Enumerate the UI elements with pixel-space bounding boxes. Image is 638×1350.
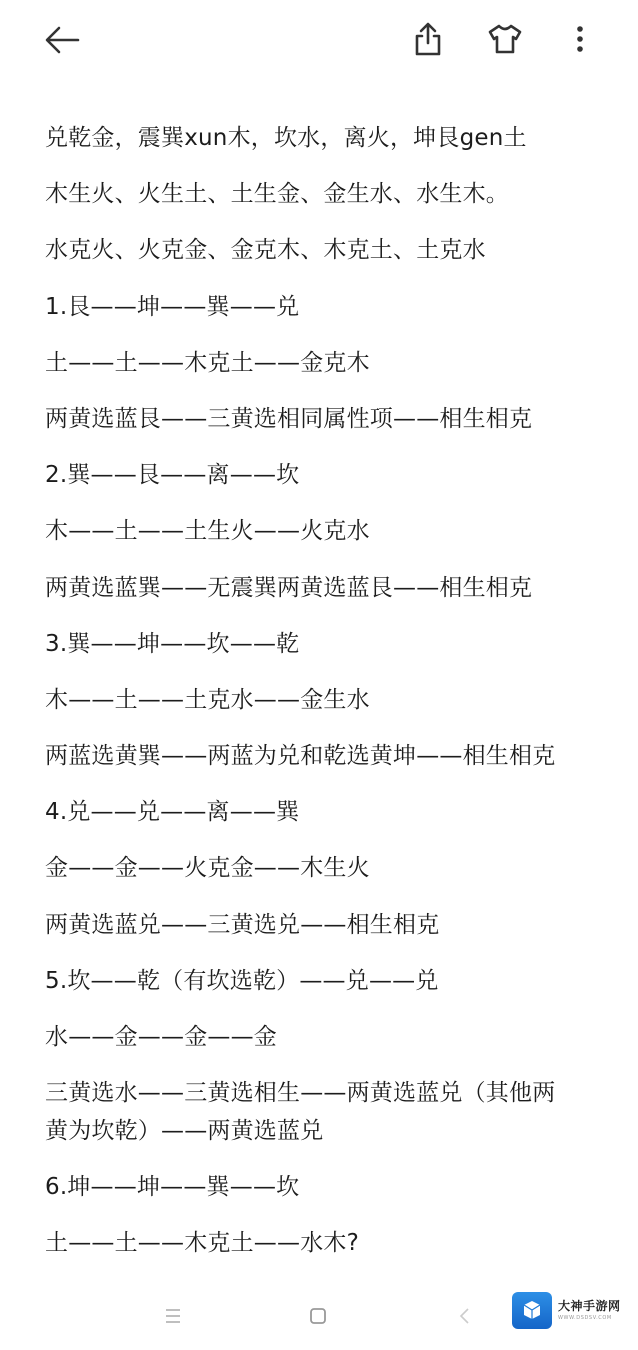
cube-icon [521,1299,543,1321]
note-line: 4.兑——兑——离——巽 [45,784,605,840]
watermark-title: 大神手游网 [558,1299,621,1314]
more-vertical-icon [575,24,585,54]
watermark-logo [512,1292,552,1329]
note-line: 5.坎——乾（有坎选乾）——兑——兑 [45,953,605,1009]
note-line: 黄为坎乾）——两黄选蓝兑 [45,1112,605,1150]
more-options-button[interactable] [566,18,594,60]
watermark: 大神手游网 WWW.DSDSV.COM [512,1290,638,1330]
note-line: 木生火、火生土、土生金、金生水、水生木。 [45,166,605,222]
home-button[interactable] [303,1301,333,1331]
note-line: 木——土——土克水——金生水 [45,672,605,728]
top-toolbar [0,0,638,85]
recent-apps-button[interactable] [158,1301,188,1331]
home-square-icon [309,1307,327,1325]
note-line: 木——土——土生火——火克水 [45,503,605,559]
note-line: 1.艮——坤——巽——兑 [45,279,605,335]
note-line: 水克火、火克金、金克木、木克土、土克水 [45,222,605,278]
share-icon [413,21,443,57]
menu-icon [164,1308,182,1324]
note-line: 3.巽——坤——坎——乾 [45,616,605,672]
note-line: 土——土——木克土——金克木 [45,335,605,391]
note-line: 2.巽——艮——离——坎 [45,447,605,503]
note-line: 兑乾金，震巽xun木，坎水，离火，坤艮gen土 [45,110,605,166]
note-line: 两黄选蓝艮——三黄选相同属性项——相生相克 [45,391,605,447]
note-line: 两蓝选黄巽——两蓝为兑和乾选黄坤——相生相克 [45,728,605,784]
note-line: 两黄选蓝兑——三黄选兑——相生相克 [45,897,605,953]
nav-back-icon [458,1307,472,1325]
note-line: 两黄选蓝巽——无震巽两黄选蓝艮——相生相克 [45,560,605,616]
note-line: 6.坤——坤——巽——坎 [45,1159,605,1215]
arrow-left-icon [44,25,80,55]
note-line: 三黄选水——三黄选相生——两黄选蓝兑（其他两 [45,1074,605,1112]
note-line: 土——土——木克土——水木? [45,1215,605,1271]
tshirt-icon [487,23,523,55]
theme-button[interactable] [484,18,526,60]
watermark-url: WWW.DSDSV.COM [558,1314,621,1322]
share-button[interactable] [408,18,448,60]
note-content: 兑乾金，震巽xun木，坎水，离火，坤艮gen土 木生火、火生土、土生金、金生水、… [45,110,605,1272]
system-back-button[interactable] [450,1301,480,1331]
note-line: 水——金——金——金 [45,1009,605,1065]
note-line: 金——金——火克金——木生火 [45,840,605,896]
back-button[interactable] [40,20,84,60]
